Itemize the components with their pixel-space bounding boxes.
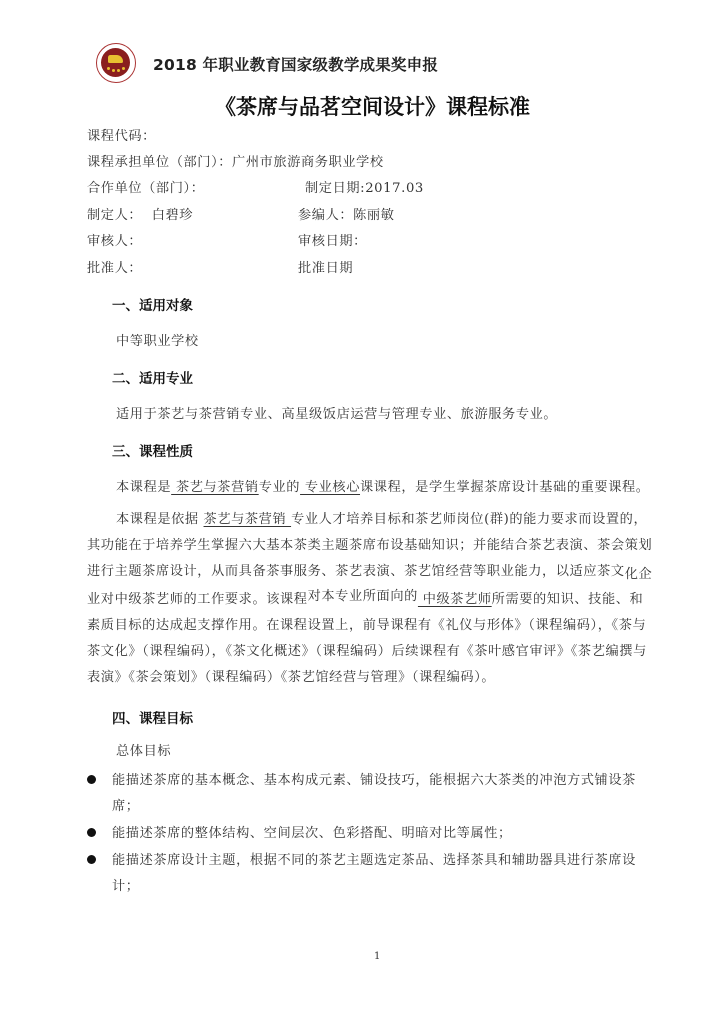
reviewer-label: 审核人： — [87, 230, 142, 249]
partner-unit-label: 合作单位（部门）： — [87, 177, 205, 196]
co-editor: 参编人：陈丽敏 — [298, 204, 395, 223]
section-body-major: 适用于茶艺与茶营销专业、高星级饭店运营与管理专业、旅游服务专业。 — [116, 403, 557, 422]
objective-item-3-line-1: 能描述茶席设计主题，根据不同的茶艺主题选定茶品、选择茶具和辅助器具进行茶席设 — [112, 849, 636, 868]
nature-paragraph-2-line-6: 茶文化》（课程编码），《茶文化概述》（课程编码）后续课程有《茶叶感官审评》《茶艺… — [87, 640, 647, 659]
section-heading-nature: 三、课程性质 — [112, 440, 193, 460]
school-emblem-icon — [96, 43, 136, 83]
bullet-icon — [87, 828, 96, 837]
date-made: 制定日期:2017.03 — [305, 177, 424, 196]
nature-paragraph-2-line-7: 表演》《茶会策划》（课程编码）《茶艺馆经营与管理》（课程编码）。 — [87, 666, 495, 685]
nature-paragraph-1: 本课程是 茶艺与茶营销专业的 专业核心课课程，是学生掌握茶席设计基础的重要课程。 — [116, 476, 650, 495]
bullet-icon — [87, 775, 96, 784]
objective-item-1-line-1: 能描述茶席的基本概念、基本构成元素、铺设技巧，能根据六大茶类的冲泡方式铺设茶 — [112, 769, 636, 788]
nature-paragraph-2-line-3: 进行主题茶席设计，从而具备茶事服务、茶艺表演、茶艺馆经营等职业能力，以适应茶文化… — [87, 560, 652, 579]
nature-paragraph-2-line-5: 素质目标的达成起支撑作用。在课程设置上，前导课程有《礼仪与形体》（课程编码），《… — [87, 614, 646, 633]
objectives-subheading: 总体目标 — [116, 740, 171, 759]
nature-paragraph-2-line-1: 本课程是依据 茶艺与茶营销 专业人才培养目标和茶艺师岗位(群)的能力要求而设置的… — [116, 508, 647, 527]
section-heading-major: 二、适用专业 — [112, 367, 193, 387]
review-date-label: 审核日期： — [298, 230, 367, 249]
maker: 制定人： 白碧珍 — [87, 204, 193, 223]
objective-item-3-line-2: 计； — [112, 875, 140, 894]
header-text: 2018 年职业教育国家级教学成果奖申报 — [153, 53, 438, 75]
section-body-target: 中等职业学校 — [116, 330, 199, 349]
course-code-label: 课程代码： — [87, 125, 156, 144]
section-heading-objectives: 四、课程目标 — [112, 707, 193, 727]
objective-item-1-line-2: 席； — [112, 795, 140, 814]
undertaking-unit: 课程承担单位（部门）：广州市旅游商务职业学校 — [87, 151, 384, 170]
nature-paragraph-2-line-4: 业对中级茶艺师的工作要求。该课程对本专业所面向的 中级茶艺师所需要的知识、技能、… — [87, 588, 643, 607]
page-title: 《茶席与品茗空间设计》课程标准 — [215, 91, 530, 121]
approver-label: 批准人： — [87, 257, 142, 276]
bullet-icon — [87, 855, 96, 864]
page-number: 1 — [374, 951, 380, 962]
section-heading-target: 一、适用对象 — [112, 294, 193, 314]
nature-paragraph-2-line-2: 其功能在于培养学生掌握六大基本茶类主题茶席布设基础知识；并能结合茶艺表演、茶会策… — [87, 534, 652, 553]
approve-date-label: 批准日期 — [298, 257, 353, 276]
objective-item-2-line-1: 能描述茶席的整体结构、空间层次、色彩搭配、明暗对比等属性； — [112, 822, 512, 841]
